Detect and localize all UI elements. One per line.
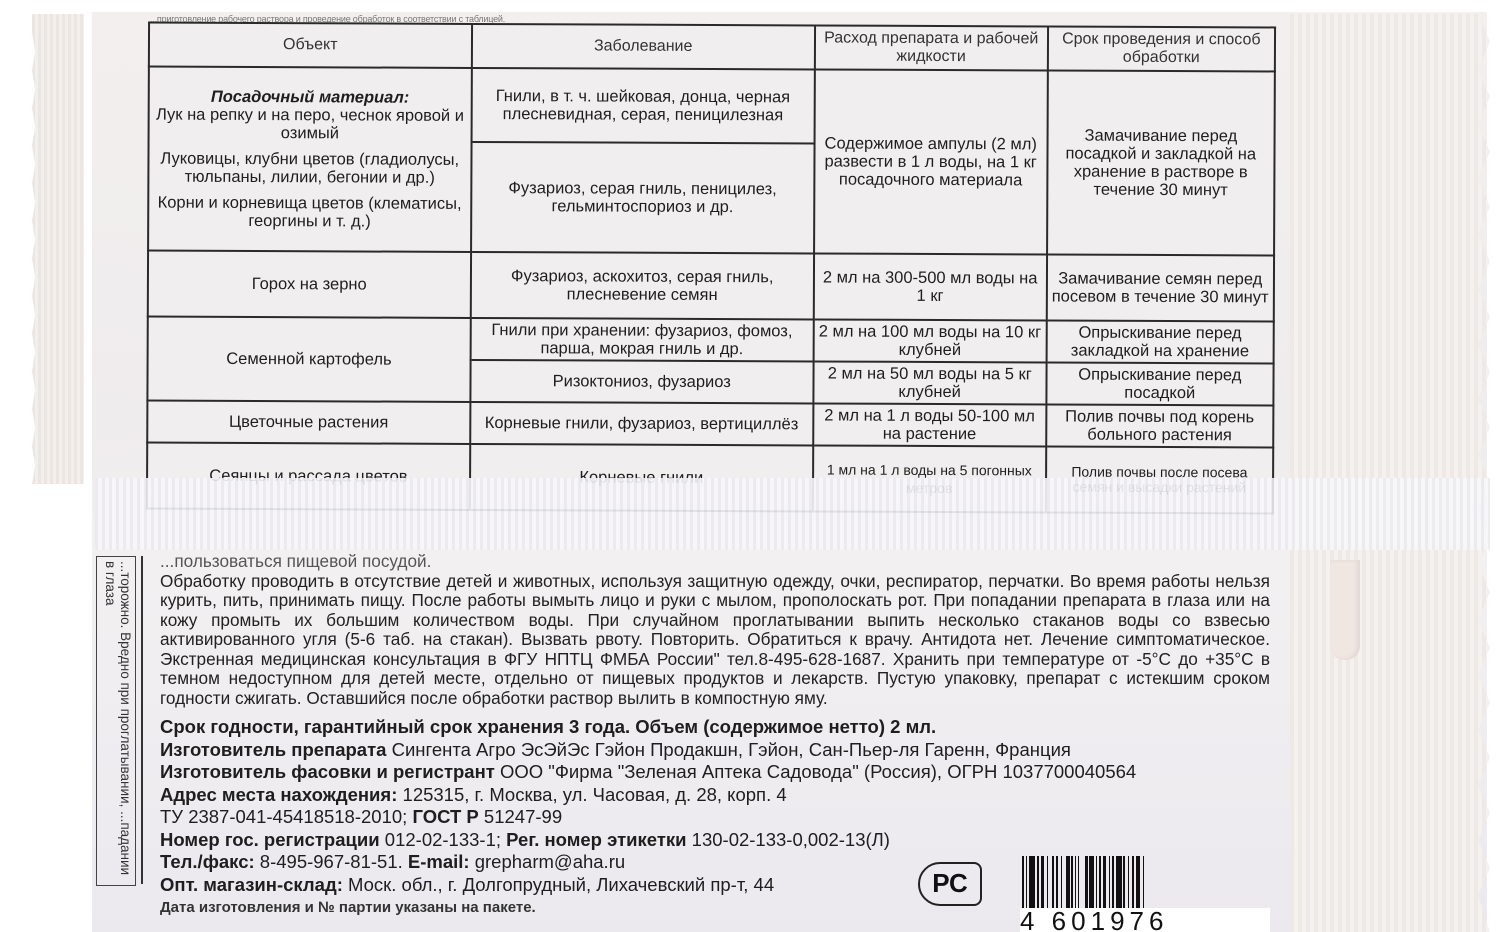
cell-dose: 2 мл на 100 мл воды на 10 кг клубней (813, 319, 1046, 362)
barcode (1022, 856, 1262, 916)
address-value: 125315, г. Москва, ул. Часовая, д. 28, к… (403, 784, 787, 805)
side-warning-text: ...торожно. Вредно при проглатывании, ..… (103, 561, 133, 883)
cell-method: Полив почвы под корень больного растения (1046, 404, 1274, 447)
object-bulbs: Луковицы, клубни цветов (гладиолусы, тюл… (153, 150, 466, 187)
packer-value: ООО "Фирма "Зеленая Аптека Садовода" (Ро… (500, 761, 1136, 782)
manufacturer-label: Изготовитель препарата (160, 739, 386, 760)
label-reg-label: Рег. номер этикетки (506, 829, 686, 850)
table-row: Семенной картофель Гнили при хранении: ф… (148, 317, 1274, 364)
table-row: Посадочный материал: Лук на репку и на п… (149, 67, 1275, 146)
cell-object: Цветочные растения (147, 401, 470, 444)
frame-divider (141, 556, 143, 884)
header-method: Срок проведения и способ обработки (1047, 26, 1275, 71)
table-header-row: Объект Заболевание Расход препарата и ра… (149, 23, 1275, 72)
cell-disease: Ризоктониоз, фузариоз (470, 360, 813, 403)
reg-label: Номер гос. регистрации (160, 829, 380, 850)
usage-table: Объект Заболевание Расход препарата и ра… (146, 22, 1276, 515)
cell-disease: Гнили при хранении: фузариоз, фомоз, пар… (470, 318, 813, 361)
safety-fragment: ...пользоваться пищевой посудой. (160, 552, 1270, 572)
gost-certification-icon: РС (918, 862, 982, 906)
heat-seal-band (95, 478, 1490, 550)
cell-disease: Гнили, в т. ч. шейковая, донца, черная п… (471, 68, 814, 143)
standards-line: ТУ 2387-041-45418518-2010; ГОСТ Р 51247-… (160, 806, 1280, 829)
reg-value: 012-02-133-1; (385, 829, 501, 850)
manufacturer-value: Сингента Агро ЭсЭйЭс Гэйон Продакшн, Гэй… (392, 739, 1071, 760)
tu-value: ТУ 2387-041-45418518-2010; (160, 806, 407, 827)
cell-object: Семенной картофель (147, 317, 470, 402)
address-label: Адрес места нахождения: (160, 784, 397, 805)
manufacturer-line: Изготовитель препарата Сингента Агро ЭсЭ… (160, 739, 1280, 762)
cell-method: Замачивание перед посадкой и закладкой н… (1047, 70, 1275, 255)
crimped-edge-left (32, 14, 84, 484)
gost-value: 51247-99 (484, 806, 562, 827)
table-row: Горох на зерно Фузариоз, аскохитоз, сера… (148, 251, 1274, 322)
safety-instructions: ...пользоваться пищевой посудой. Обработ… (160, 552, 1270, 708)
packer-line: Изготовитель фасовки и регистрант ООО "Ф… (160, 761, 1280, 784)
crimped-edge-right (1290, 14, 1490, 932)
store-label: Опт. магазин-склад: (160, 874, 343, 895)
table-row: Цветочные растения Корневые гнили, фузар… (147, 401, 1273, 448)
side-warning-box: ...торожно. Вредно при проглатывании, ..… (96, 556, 136, 886)
cell-method: Опрыскивание перед закладкой на хранение (1046, 320, 1274, 363)
object-roots: Корни и корневища цветов (клематисы, гео… (153, 194, 466, 231)
packer-label: Изготовитель фасовки и регистрант (160, 761, 495, 782)
cell-disease: Фузариоз, аскохитоз, серая гниль, плесне… (470, 252, 813, 319)
cell-method: Замачивание семян перед посевом в течени… (1046, 254, 1274, 321)
barcode-digits: 4 601976 001624 (1020, 908, 1270, 932)
phone-value: 8-495-967-81-51. (260, 851, 403, 872)
email-value: grepharm@aha.ru (475, 851, 625, 872)
address-line: Адрес места нахождения: 125315, г. Москв… (160, 784, 1280, 807)
store-value: Моск. обл., г. Долгопрудный, Лихачевский… (348, 874, 774, 895)
header-object: Объект (149, 23, 472, 68)
cell-dose: Содержимое ампулы (2 мл) развести в 1 л … (814, 69, 1048, 254)
planting-material-heading: Посадочный материал: (154, 88, 467, 107)
cell-dose: 2 мл на 1 л воды 50-100 мл на растение (813, 403, 1046, 446)
cell-dose: 2 мл на 50 мл воды на 5 кг клубней (813, 361, 1046, 404)
registration-line: Номер гос. регистрации 012-02-133-1; Рег… (160, 829, 1280, 852)
shelf-life: Срок годности, гарантийный срок хранения… (160, 716, 1280, 739)
header-dose: Расход препарата и рабочей жидкости (815, 25, 1048, 70)
object-onion: Лук на репку и на перо, чеснок яровой и … (154, 106, 467, 143)
gost-label: ГОСТ Р (412, 806, 478, 827)
cell-dose: 2 мл на 300-500 мл воды на 1 кг (814, 253, 1047, 320)
liquid-drip (1330, 560, 1360, 660)
email-label: E-mail: (408, 851, 470, 872)
cell-disease: Фузариоз, серая гниль, пеницилез, гельми… (471, 142, 815, 253)
safety-text: Обработку проводить в отсутствие детей и… (160, 572, 1270, 709)
header-disease: Заболевание (472, 24, 815, 69)
cell-disease: Корневые гнили, фузариоз, вертициллёз (470, 402, 813, 445)
cell-object: Посадочный материал: Лук на репку и на п… (148, 67, 471, 252)
phone-label: Тел./факс: (160, 851, 255, 872)
label-reg-value: 130-02-133-0,002-13(Л) (692, 829, 890, 850)
cell-method: Опрыскивание перед посадкой (1046, 362, 1274, 405)
cell-object: Горох на зерно (148, 251, 471, 318)
